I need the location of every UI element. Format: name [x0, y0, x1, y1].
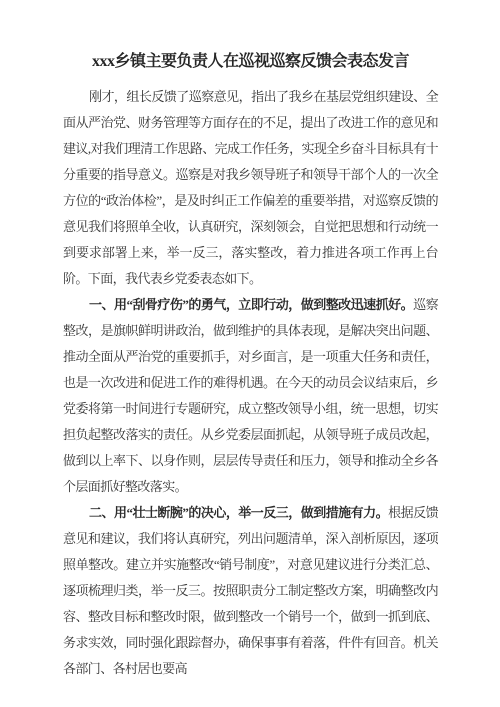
paragraph-lead: 一、用“刮骨疗伤”的勇气，立即行动，做到整改迅速抓好。 — [89, 297, 413, 312]
document-title: xxx乡镇主要负责人在巡视巡察反馈会表态发言 — [63, 50, 438, 74]
paragraph-text: 刚才，组长反馈了巡察意见，指出了我乡在基层党组织建设、全面从严治党、财务管理等方… — [63, 89, 438, 286]
paragraph: 一、用“刮骨疗伤”的勇气，立即行动，做到整改迅速抓好。巡察整改，是旗帜鲜明讲政治… — [63, 292, 438, 500]
paragraph: 二、用“壮士断腕”的决心，举一反三，做到措施有力。根据反馈意见和建议，我们将认真… — [63, 500, 438, 682]
paragraph-lead: 二、用“壮士断腕”的决心，举一反三，做到措施有力。 — [89, 505, 388, 520]
document-page: xxx乡镇主要负责人在巡视巡察反馈会表态发言 刚才，组长反馈了巡察意见，指出了我… — [0, 0, 500, 707]
paragraph-text: 根据反馈意见和建议，我们将认真研究，列出问题清单，深入剖析原因，逐项照单整改。建… — [63, 505, 438, 676]
paragraph: 刚才，组长反馈了巡察意见，指出了我乡在基层党组织建设、全面从严治党、财务管理等方… — [63, 84, 438, 292]
paragraph-text: 巡察整改，是旗帜鲜明讲政治，做到维护的具体表现，是解决突出问题、推动全面从严治党… — [63, 297, 438, 494]
document-body: xxx乡镇主要负责人在巡视巡察反馈会表态发言 刚才，组长反馈了巡察意见，指出了我… — [0, 0, 500, 682]
